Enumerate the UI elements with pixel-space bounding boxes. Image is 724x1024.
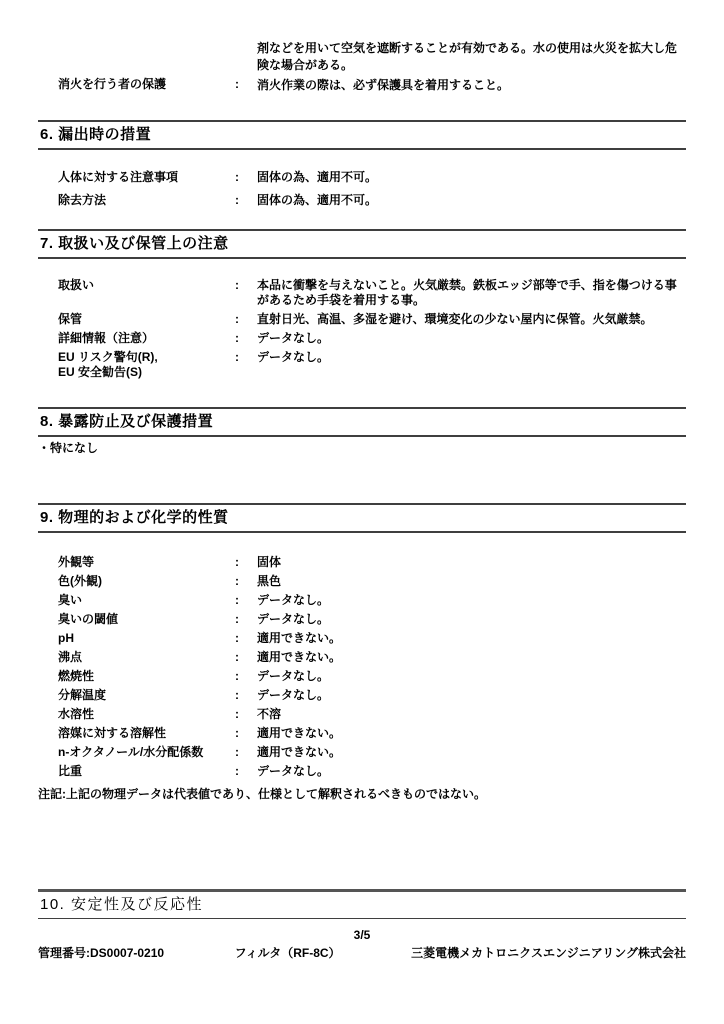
row-value: 適用できない。	[257, 746, 686, 759]
row-value: データなし。	[257, 765, 686, 778]
table-row: 除去方法 : 固体の為、適用不可。	[58, 193, 686, 207]
row-value: 固体の為、適用不可。	[257, 170, 686, 184]
table-row: 水溶性 : 不溶	[58, 708, 686, 721]
table-row: 保管 : 直射日光、高温、多湿を避け、環境変化の少ない屋内に保管。火気厳禁。	[58, 312, 686, 327]
table-row: 取扱い : 本品に衝撃を与えないこと。火気厳禁。鉄板エッジ部等で手、指を傷つける…	[58, 278, 686, 308]
row-label: 色(外観)	[58, 575, 235, 588]
section-5-continuation: 剤などを用いて空気を遮断することが有効である。水の使用は火災を拡大し危険な場合が…	[58, 40, 686, 94]
section-9-body: 外観等 : 固体 色(外観) : 黒色 臭い : データなし。 臭いの閾値 : …	[58, 556, 686, 784]
table-row: 詳細情報（注意） : データなし。	[58, 331, 686, 346]
row-label: 臭いの閾値	[58, 613, 235, 626]
page-footer: 3/5 管理番号:DS0007-0210 フィルタ（RF-8C） 三菱電機メカト…	[38, 929, 686, 960]
row-label-empty	[58, 40, 235, 74]
row-label: 燃焼性	[58, 670, 235, 683]
section-title: 8. 暴露防止及び保護措置	[40, 413, 686, 430]
table-row: pH : 適用できない。	[58, 632, 686, 645]
section-10-header: 10. 安定性及び反応性	[38, 889, 686, 919]
row-label: 詳細情報（注意）	[58, 331, 235, 346]
row-label: n-オクタノール/水分配係数	[58, 746, 235, 759]
row-colon: :	[235, 312, 257, 327]
row-value: 適用できない。	[257, 727, 686, 740]
table-row: EU リスク警句(R), EU 安全勧告(S) : データなし。	[58, 350, 686, 380]
row-value: データなし。	[257, 350, 686, 380]
row-label: 比重	[58, 765, 235, 778]
row-value: 固体	[257, 556, 686, 569]
table-row: 燃焼性 : データなし。	[58, 670, 686, 683]
row-colon: :	[235, 670, 257, 683]
row-value: 消火作業の際は、必ず保護具を着用すること。	[257, 77, 686, 94]
row-colon: :	[235, 331, 257, 346]
table-row: 色(外観) : 黒色	[58, 575, 686, 588]
table-row: 人体に対する注意事項 : 固体の為、適用不可。	[58, 170, 686, 184]
section-6-header: 6. 漏出時の措置	[38, 120, 686, 150]
row-label: EU リスク警句(R), EU 安全勧告(S)	[58, 350, 235, 380]
table-row: 外観等 : 固体	[58, 556, 686, 569]
row-value: 固体の為、適用不可。	[257, 193, 686, 207]
row-label: 沸点	[58, 651, 235, 664]
section-7-body: 取扱い : 本品に衝撃を与えないこと。火気厳禁。鉄板エッジ部等で手、指を傷つける…	[58, 278, 686, 384]
product-name: フィルタ（RF-8C）	[235, 946, 341, 960]
row-colon: :	[235, 594, 257, 607]
row-value: 直射日光、高温、多湿を避け、環境変化の少ない屋内に保管。火気厳禁。	[257, 312, 686, 327]
table-row: 臭い : データなし。	[58, 594, 686, 607]
company-name: 三菱電機メカトロニクスエンジニアリング株式会社	[411, 946, 686, 960]
row-colon: :	[235, 193, 257, 207]
row-value: データなし。	[257, 594, 686, 607]
row-label: 溶媒に対する溶解性	[58, 727, 235, 740]
footer-row: 管理番号:DS0007-0210 フィルタ（RF-8C） 三菱電機メカトロニクス…	[38, 946, 686, 960]
row-label: pH	[58, 632, 235, 645]
row-value: データなし。	[257, 670, 686, 683]
table-row: 沸点 : 適用できない。	[58, 651, 686, 664]
section-7-header: 7. 取扱い及び保管上の注意	[38, 229, 686, 259]
row-colon: :	[235, 170, 257, 184]
row-value: 適用できない。	[257, 651, 686, 664]
row-value: データなし。	[257, 689, 686, 702]
row-value: 適用できない。	[257, 632, 686, 645]
section-title: 7. 取扱い及び保管上の注意	[40, 235, 686, 252]
row-colon: :	[235, 727, 257, 740]
section-8-note: ・特になし	[38, 441, 686, 455]
sds-document-page: 剤などを用いて空気を遮断することが有効である。水の使用は火災を拡大し危険な場合が…	[0, 0, 724, 1024]
row-colon: :	[235, 278, 257, 308]
section-title: 10. 安定性及び反応性	[40, 896, 686, 913]
row-colon: :	[235, 765, 257, 778]
fire-protection-row: 消火を行う者の保護 : 消火作業の際は、必ず保護具を着用すること。	[58, 77, 686, 94]
row-colon: :	[235, 350, 257, 380]
page-number: 3/5	[38, 929, 686, 942]
row-label: 保管	[58, 312, 235, 327]
row-label: 外観等	[58, 556, 235, 569]
row-label: 人体に対する注意事項	[58, 170, 235, 184]
row-value: 黒色	[257, 575, 686, 588]
section-title: 9. 物理的および化学的性質	[40, 509, 686, 526]
section-9-footnote: 注記:上記の物理データは代表値であり、仕様として解釈されるべきものではない。	[38, 787, 686, 801]
row-label-line2: EU 安全勧告(S)	[58, 365, 235, 380]
row-value: データなし。	[257, 613, 686, 626]
table-row: 比重 : データなし。	[58, 765, 686, 778]
table-row: n-オクタノール/水分配係数 : 適用できない。	[58, 746, 686, 759]
row-colon: :	[235, 613, 257, 626]
row-colon: :	[235, 575, 257, 588]
table-row: 分解温度 : データなし。	[58, 689, 686, 702]
row-label: 取扱い	[58, 278, 235, 308]
section-6-body: 人体に対する注意事項 : 固体の為、適用不可。 除去方法 : 固体の為、適用不可…	[58, 170, 686, 216]
row-colon: :	[235, 632, 257, 645]
document-number: 管理番号:DS0007-0210	[38, 946, 164, 960]
table-row: 溶媒に対する溶解性 : 適用できない。	[58, 727, 686, 740]
row-colon: :	[235, 746, 257, 759]
row-label: 消火を行う者の保護	[58, 77, 235, 94]
row-colon: :	[235, 77, 257, 94]
row-colon: :	[235, 651, 257, 664]
row-label: 分解温度	[58, 689, 235, 702]
section-8-header: 8. 暴露防止及び保護措置	[38, 407, 686, 437]
row-value: 剤などを用いて空気を遮断することが有効である。水の使用は火災を拡大し危険な場合が…	[257, 40, 686, 74]
row-label: 水溶性	[58, 708, 235, 721]
row-label: 臭い	[58, 594, 235, 607]
row-value: 本品に衝撃を与えないこと。火気厳禁。鉄板エッジ部等で手、指を傷つける事があるため…	[257, 278, 686, 308]
table-row: 臭いの閾値 : データなし。	[58, 613, 686, 626]
section-9-header: 9. 物理的および化学的性質	[38, 503, 686, 533]
row-colon: :	[235, 556, 257, 569]
continuation-row: 剤などを用いて空気を遮断することが有効である。水の使用は火災を拡大し危険な場合が…	[58, 40, 686, 74]
row-colon: :	[235, 689, 257, 702]
row-value: データなし。	[257, 331, 686, 346]
row-colon-empty	[235, 40, 257, 74]
row-label: 除去方法	[58, 193, 235, 207]
section-title: 6. 漏出時の措置	[40, 126, 686, 143]
row-label-line1: EU リスク警句(R),	[58, 350, 235, 365]
row-colon: :	[235, 708, 257, 721]
row-value: 不溶	[257, 708, 686, 721]
